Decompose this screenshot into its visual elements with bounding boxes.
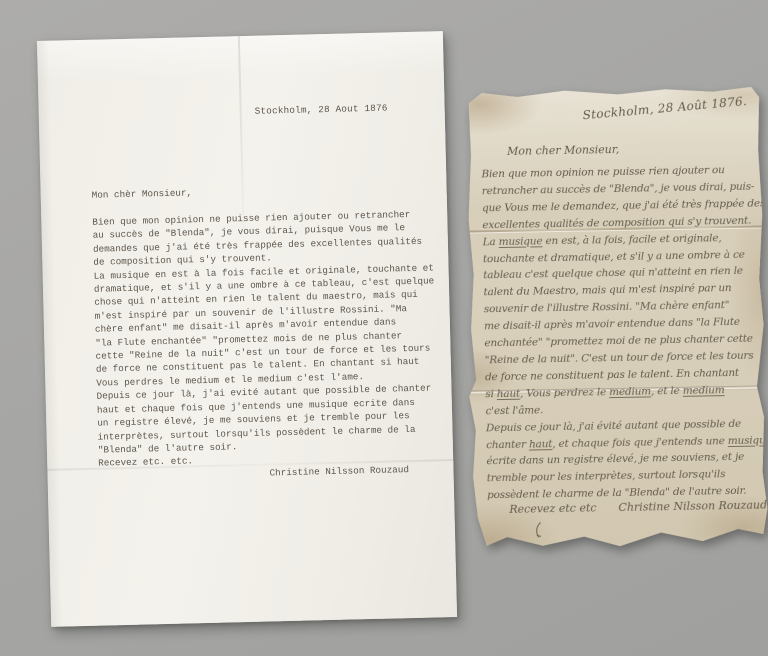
handwritten-letter-paper: Stockholm, 28 Août 1876. Mon cher Monsie… [464,85,768,550]
typed-letter-paper: Stockholm, 28 Aout 1876 Mon chèr Monsieu… [37,31,457,627]
typed-letter-date: Stockholm, 28 Aout 1876 [255,103,388,117]
handwritten-letter-date: Stockholm, 28 Août 1876. [582,94,748,122]
handwritten-letter-salutation: Mon cher Monsieur, [507,143,619,158]
handwritten-letter-signature: Christine Nilsson Rouzaud [618,498,767,514]
typed-letter-signature: Christine Nilsson Rouzaud [269,464,409,478]
handwritten-letter-closing: Recevez etc etc [509,501,596,516]
ink-flourish-mark [534,521,544,544]
typed-letter-body: Bien que mon opinion ne puisse rien ajou… [92,207,438,457]
typed-letter-salutation: Mon chèr Monsieur, [92,187,193,200]
photo-background: Stockholm, 28 Aout 1876 Mon chèr Monsieu… [0,0,768,656]
handwritten-letter-paper-surface: Stockholm, 28 Août 1876. Mon cher Monsie… [464,85,768,550]
typed-letter-closing: Recevez etc. etc. [98,455,193,468]
handwritten-letter-body: Bien que mon opinion ne puisse rien ajou… [481,161,768,504]
